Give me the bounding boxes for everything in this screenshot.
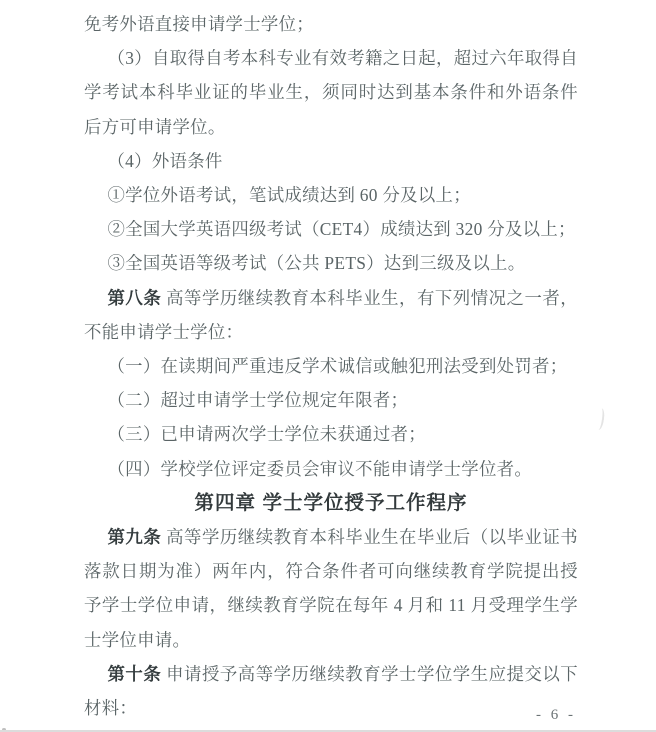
scan-artifact [595,408,606,431]
paragraph-article-8: 第八条 高等学历继续教育本科毕业生，有下列情况之一者，不能申请学士学位： [84,281,578,349]
paragraph: （四）学校学位评定委员会审议不能申请学士学位者。 [84,452,578,486]
chapter-heading: 第四章 学士学位授予工作程序 [84,486,578,520]
article-number: 第九条 [107,527,161,547]
paragraph-article-9: 第九条 高等学历继续教育本科毕业生在毕业后（以毕业证书落款日期为准）两年内，符合… [84,520,578,657]
paragraph: （4）外语条件 [84,144,578,178]
article-number: 第八条 [107,288,161,308]
paragraph: 免考外语直接申请学士学位； [84,7,578,41]
paragraph: （3）自取得自考本科专业有效考籍之日起，超过六年取得自学考试本科毕业证的毕业生，… [84,41,578,144]
page-number: - 6 - [536,706,576,724]
list-item-1: ①学位外语考试，笔试成绩达到 60 分及以上； [84,178,578,212]
document-page: 免考外语直接申请学士学位； （3）自取得自考本科专业有效考籍之日起，超过六年取得… [0,0,656,732]
paragraph-article-10: 第十条 申请授予高等学历继续教育学士学位学生应提交以下材料： [84,657,578,725]
list-item-3: ③全国英语等级考试（公共 PETS）达到三级及以上。 [84,246,578,280]
article-number: 第十条 [107,664,161,684]
list-item-2: ②全国大学英语四级考试（CET4）成绩达到 320 分及以上； [84,212,578,246]
paragraph: （三）已申请两次学士学位未获通过者； [84,417,578,451]
paragraph: （二）超过申请学士学位规定年限者； [84,383,578,417]
paragraph: （一）在读期间严重违反学术诚信或触犯刑法受到处罚者； [84,349,578,383]
